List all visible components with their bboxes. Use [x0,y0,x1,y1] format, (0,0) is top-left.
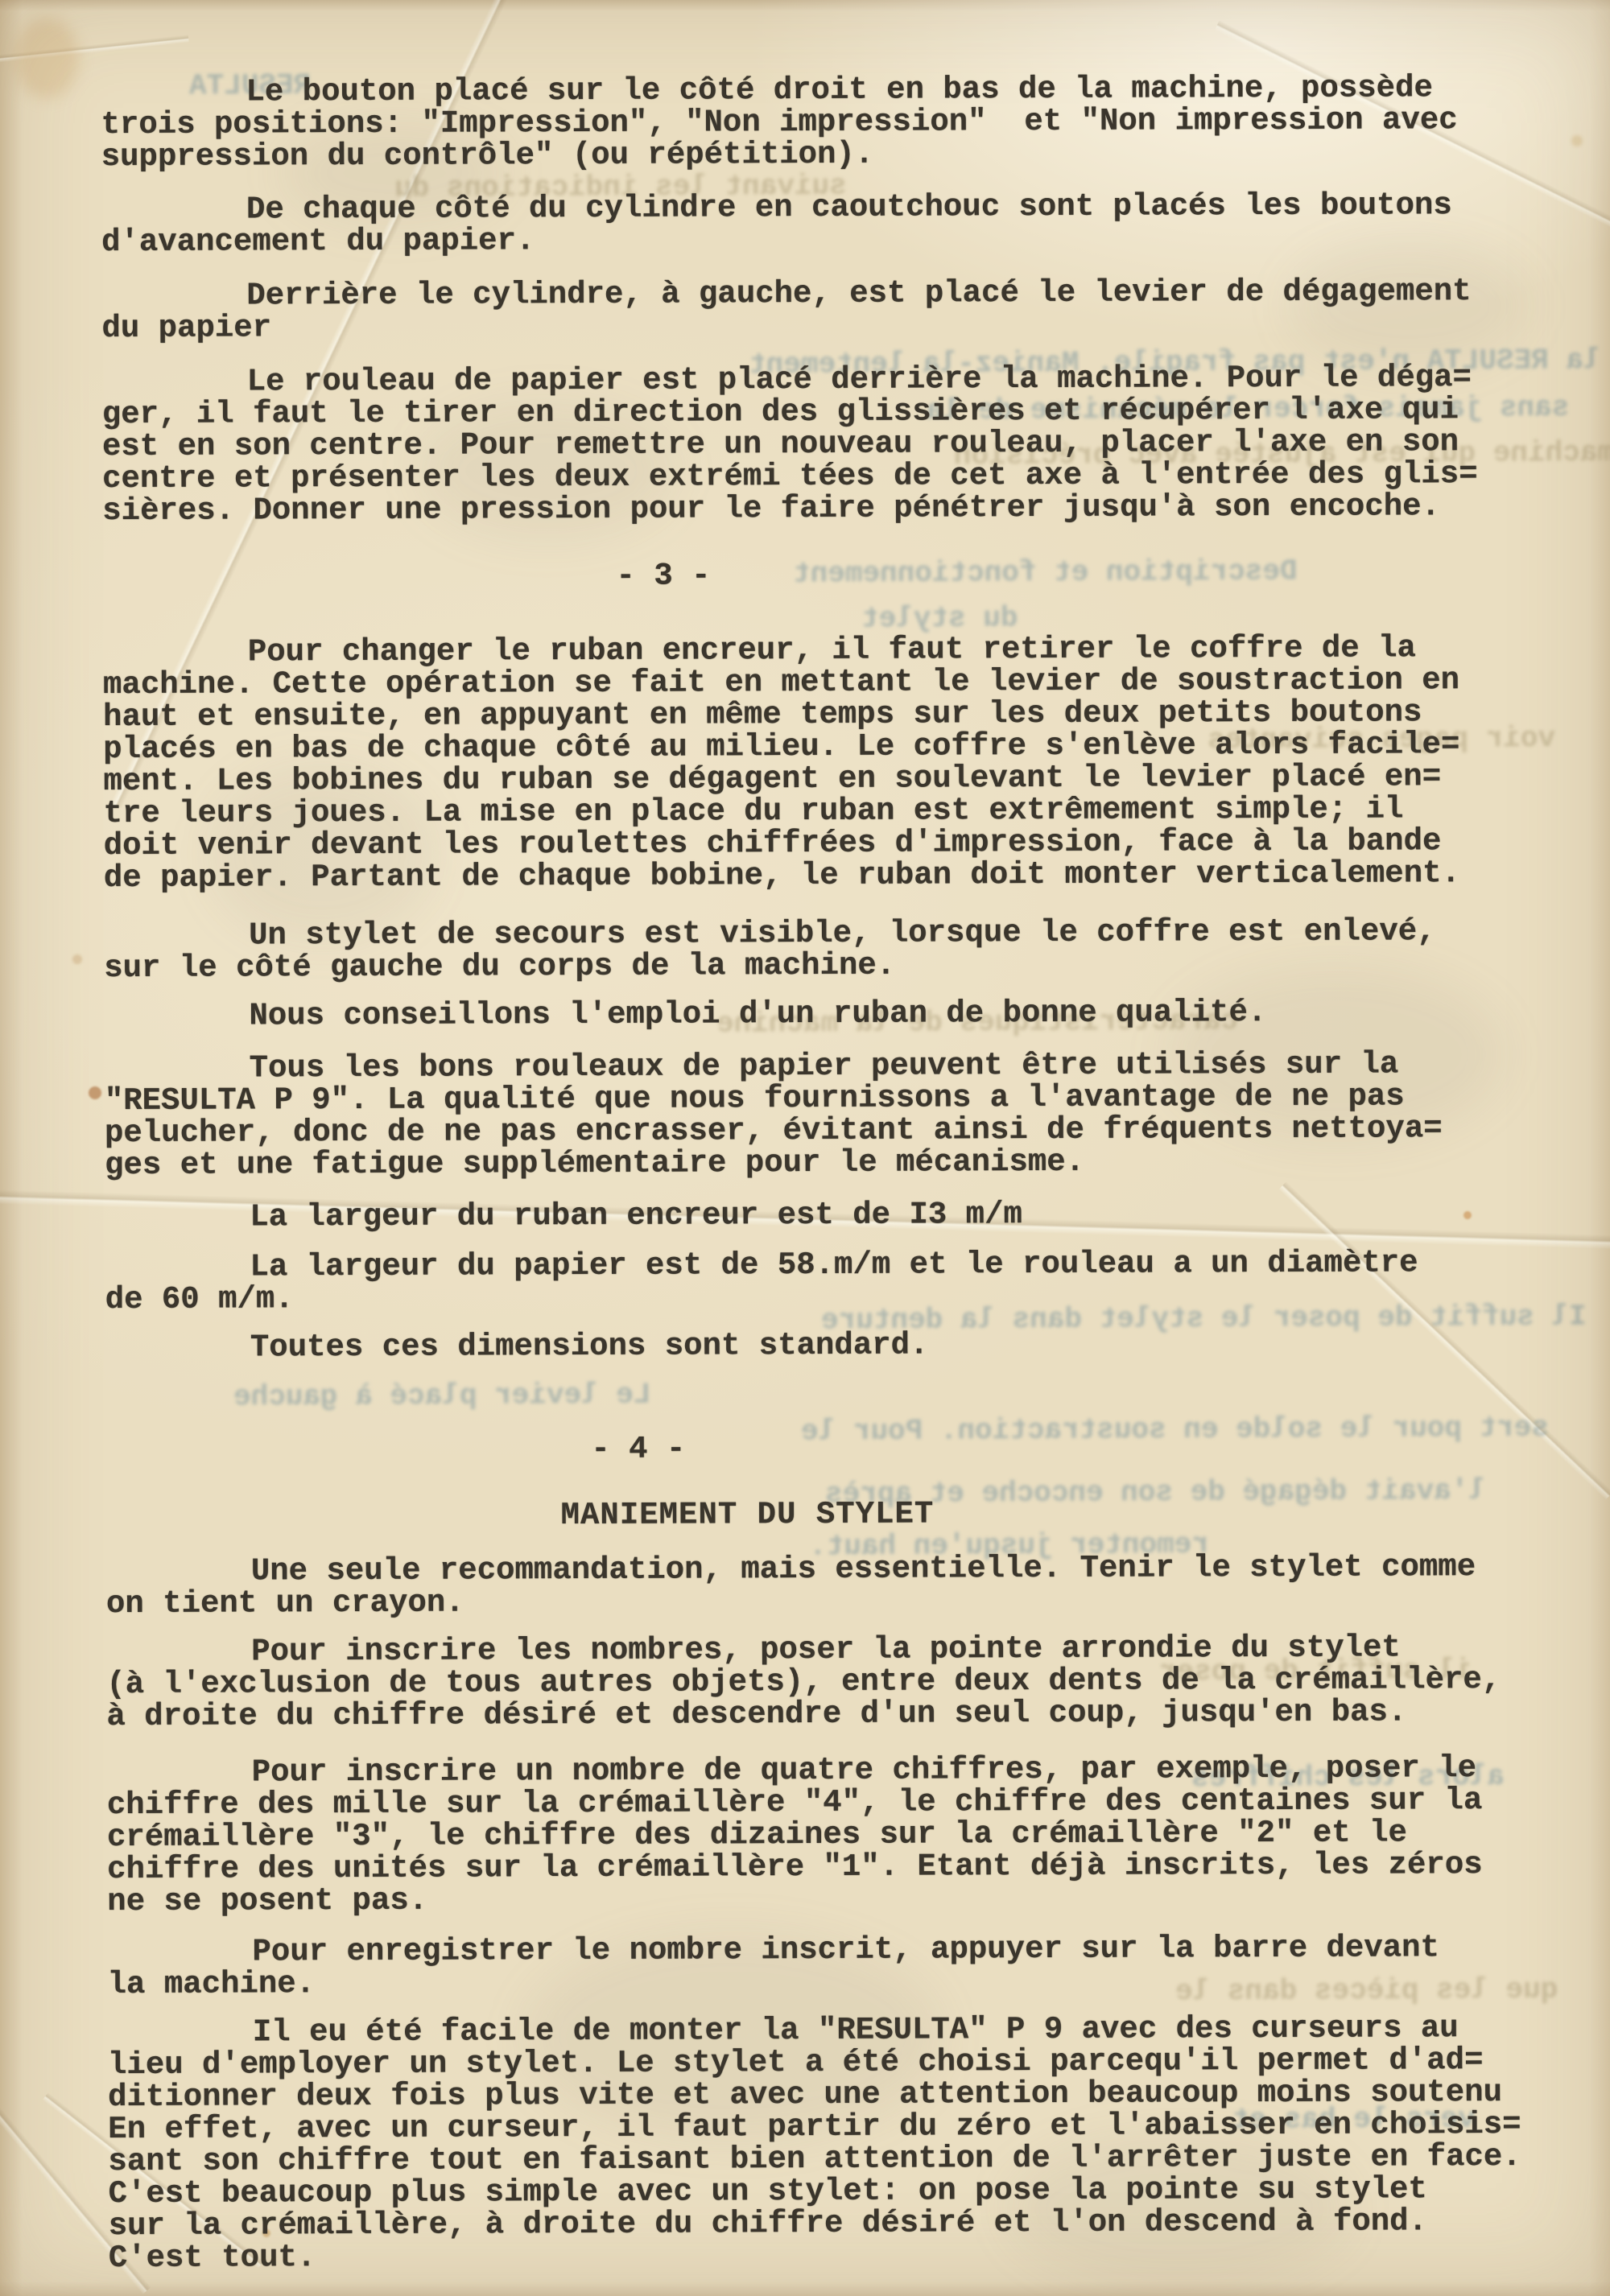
paragraph: Le bouton placé sur le côté droit en bas… [101,72,1457,173]
paragraph: Tous les bons rouleaux de papier peuvent… [105,1048,1443,1181]
paragraph: De chaque côté du cylindre en caoutchouc… [101,189,1452,258]
paragraph: Toutes ces dimensions sont standard. [105,1329,929,1364]
paragraph: La largeur du papier est de 58.m/m et le… [105,1247,1418,1316]
paragraph: La largeur du ruban encreur est de I3 m/… [105,1198,1022,1234]
paragraph: Il eu été facile de monter la "RESULTA" … [108,2012,1521,2274]
text-layer: Le bouton placé sur le côté droit en bas… [0,0,1610,2296]
page-number: - 4 - [591,1433,685,1465]
paragraph: Derrière le cylindre, à gauche, est plac… [101,275,1472,344]
scanned-page: RESULTA suivant les indications du la RE… [0,0,1610,2296]
paragraph: Nous conseillons l'emploi d'un ruban de … [104,996,1266,1033]
paragraph: Pour enregistrer le nombre inscrit, appu… [107,1931,1439,2001]
paragraph: Pour changer le ruban encreur, il faut r… [103,632,1460,894]
paragraph: Une seule recommandation, mais essentiel… [106,1551,1476,1620]
paragraph: Un stylet de secours est visible, lorsqu… [104,915,1436,984]
page-number: - 3 - [616,559,710,592]
paragraph: Pour inscrire les nombres, poser la poin… [106,1631,1501,1733]
section-heading: MANIEMENT DU STYLET [561,1498,935,1531]
paragraph: Le rouleau de papier est placé derrière … [102,361,1478,527]
paragraph: Pour inscrire un nombre de quatre chiffr… [107,1752,1483,1918]
